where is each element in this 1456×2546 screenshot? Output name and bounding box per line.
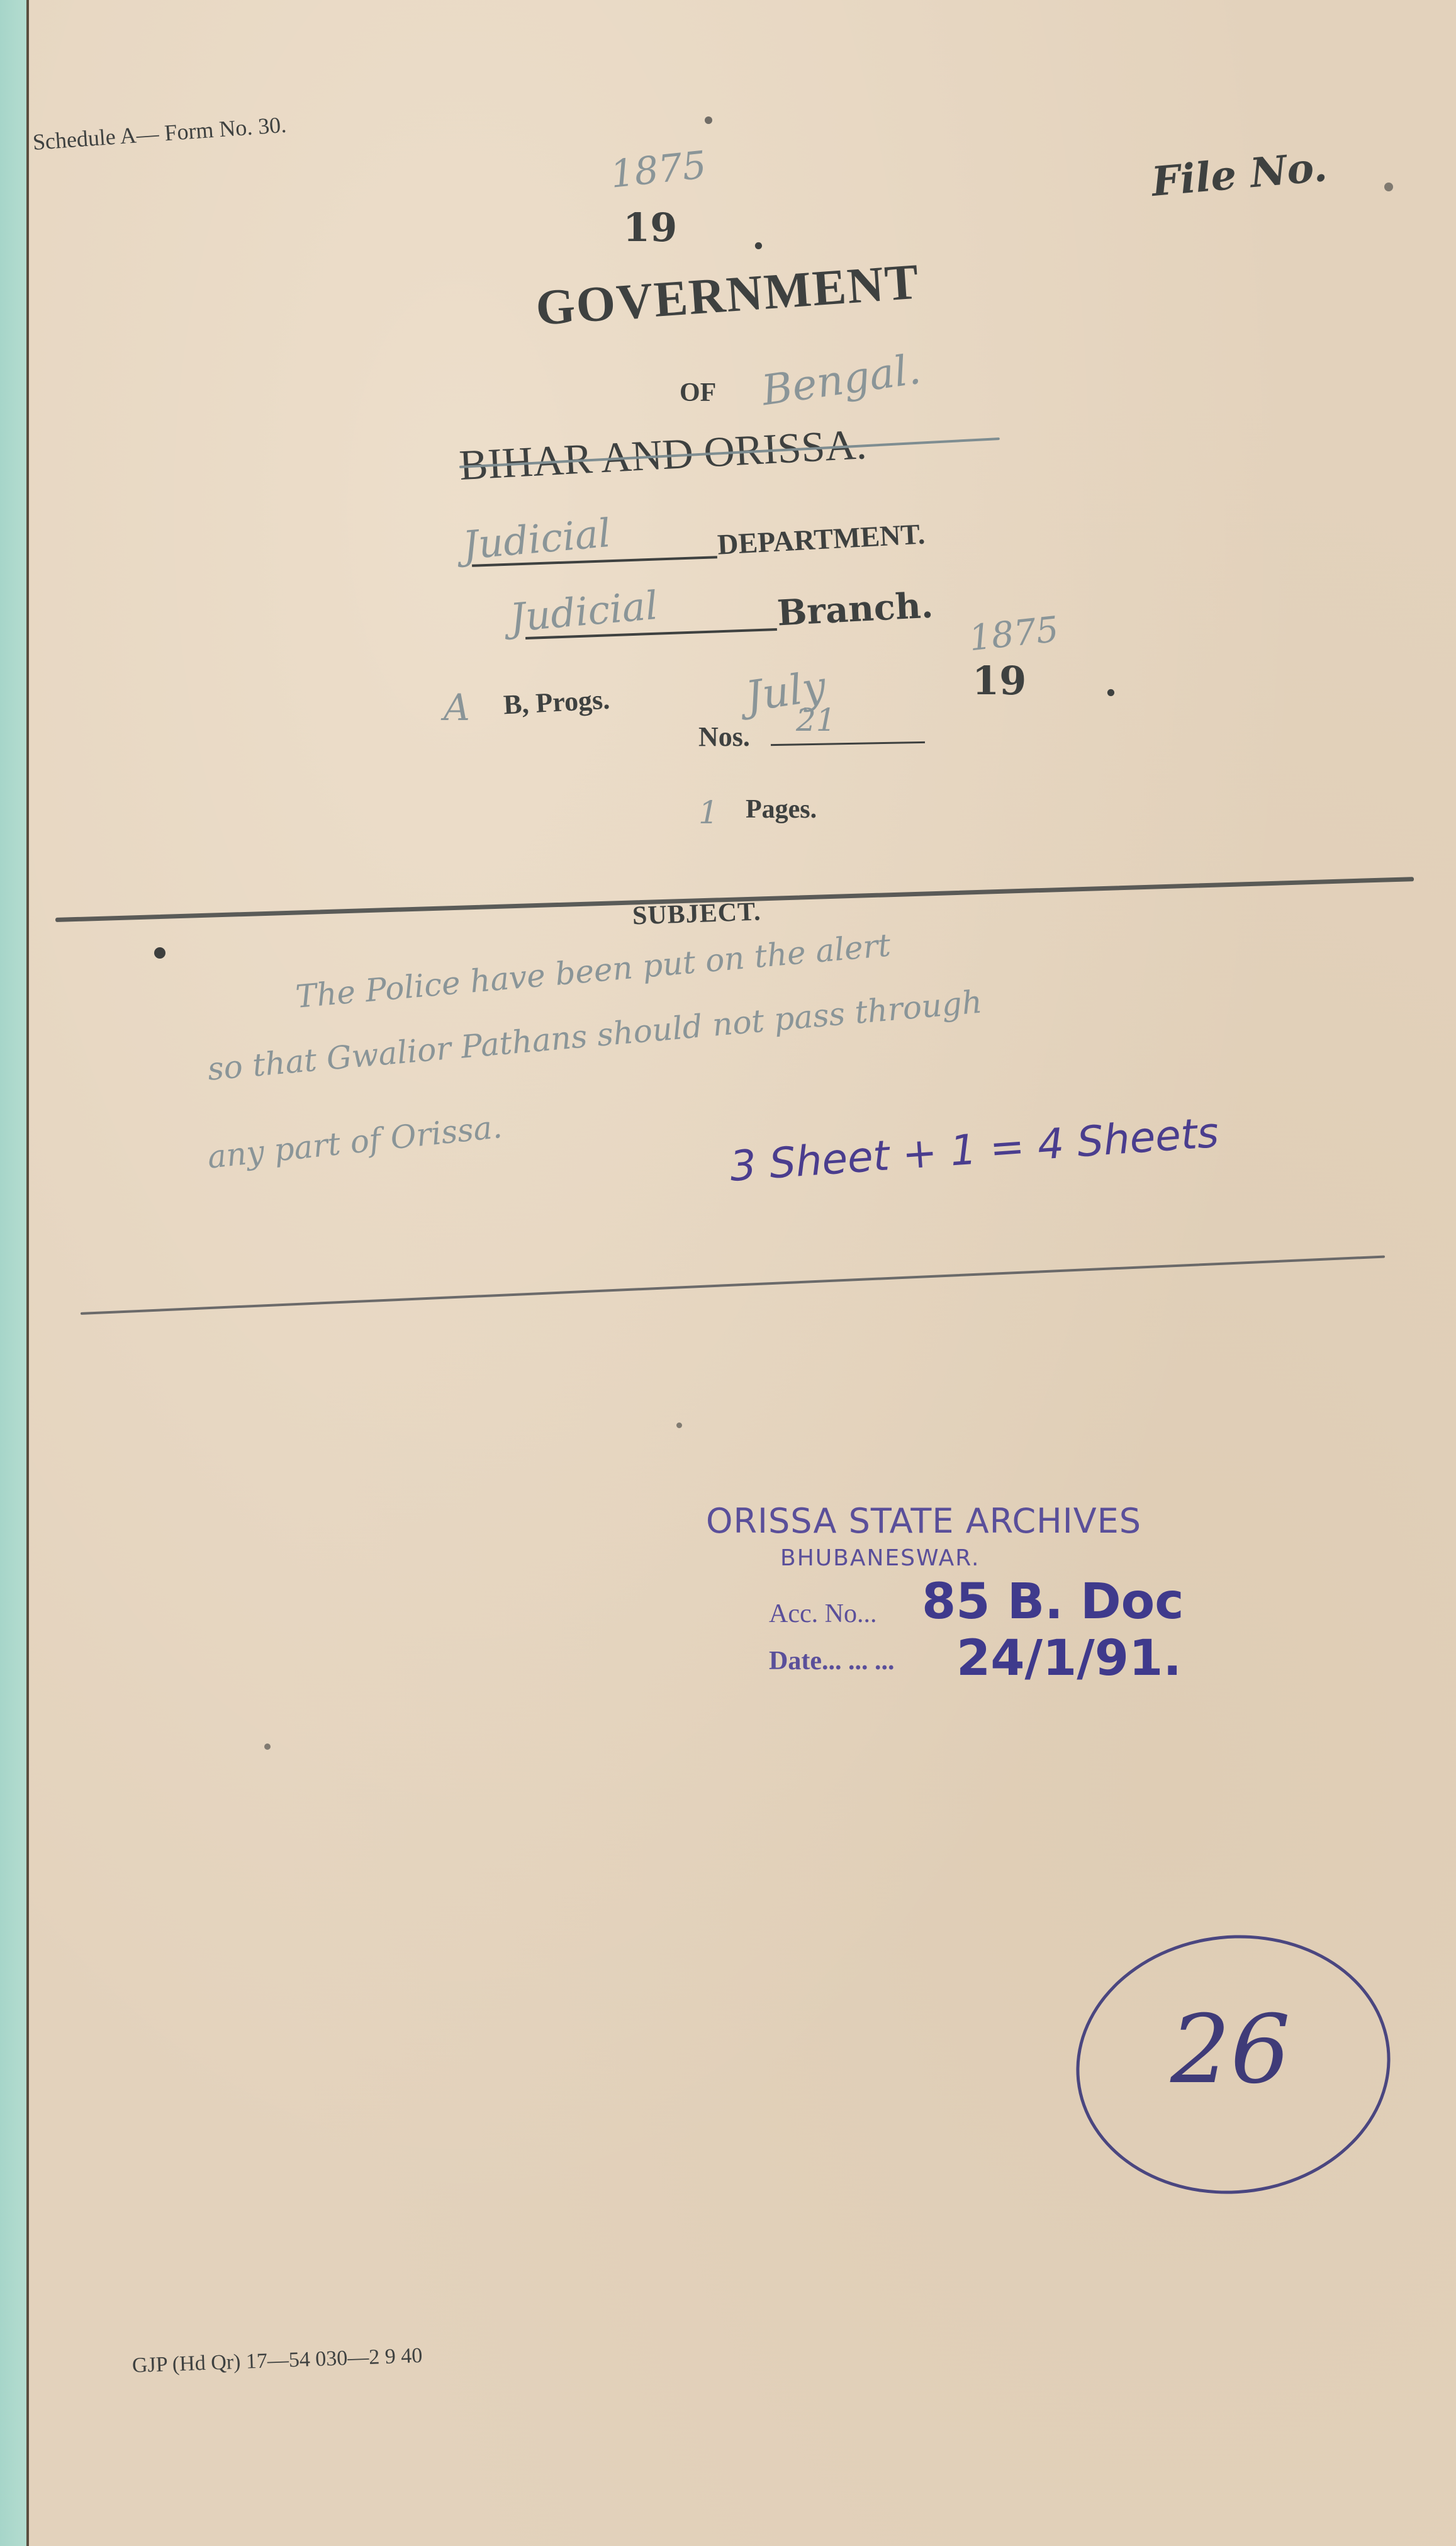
- nos-label: Nos.: [698, 721, 750, 753]
- pages-count: 1: [698, 794, 719, 831]
- ink-speck: [154, 947, 165, 959]
- branch-label: Branch.: [776, 585, 934, 634]
- ink-speck: [264, 1743, 271, 1750]
- subject-label: SUBJECT.: [632, 896, 761, 931]
- year-dot-mid: .: [1104, 661, 1117, 705]
- accession-label: Acc. No...: [769, 1599, 876, 1629]
- ink-speck: [676, 1422, 682, 1428]
- pages-label: Pages.: [746, 794, 817, 825]
- archive-stamp-city: BHUBANESWAR.: [780, 1545, 980, 1571]
- accession-value: 85 B. Doc: [922, 1574, 1184, 1630]
- archive-stamp-title: ORISSA STATE ARCHIVES: [706, 1501, 1141, 1541]
- stamp-date-label: Date... ... ...: [769, 1646, 894, 1676]
- proceedings-handwritten: A: [444, 686, 470, 729]
- ink-speck: [1384, 183, 1393, 191]
- year-dot-top: .: [752, 214, 765, 258]
- of-label: OF: [680, 378, 716, 408]
- proceedings-label: B, Progs.: [503, 684, 611, 721]
- year-printed-top: 19: [623, 205, 677, 251]
- year-printed-mid: 19: [972, 658, 1026, 704]
- ink-speck: [705, 116, 712, 124]
- nos-value: 21: [796, 702, 836, 738]
- circled-number: 26: [1170, 1995, 1291, 2105]
- stamp-date-value: 24/1/91.: [956, 1630, 1182, 1687]
